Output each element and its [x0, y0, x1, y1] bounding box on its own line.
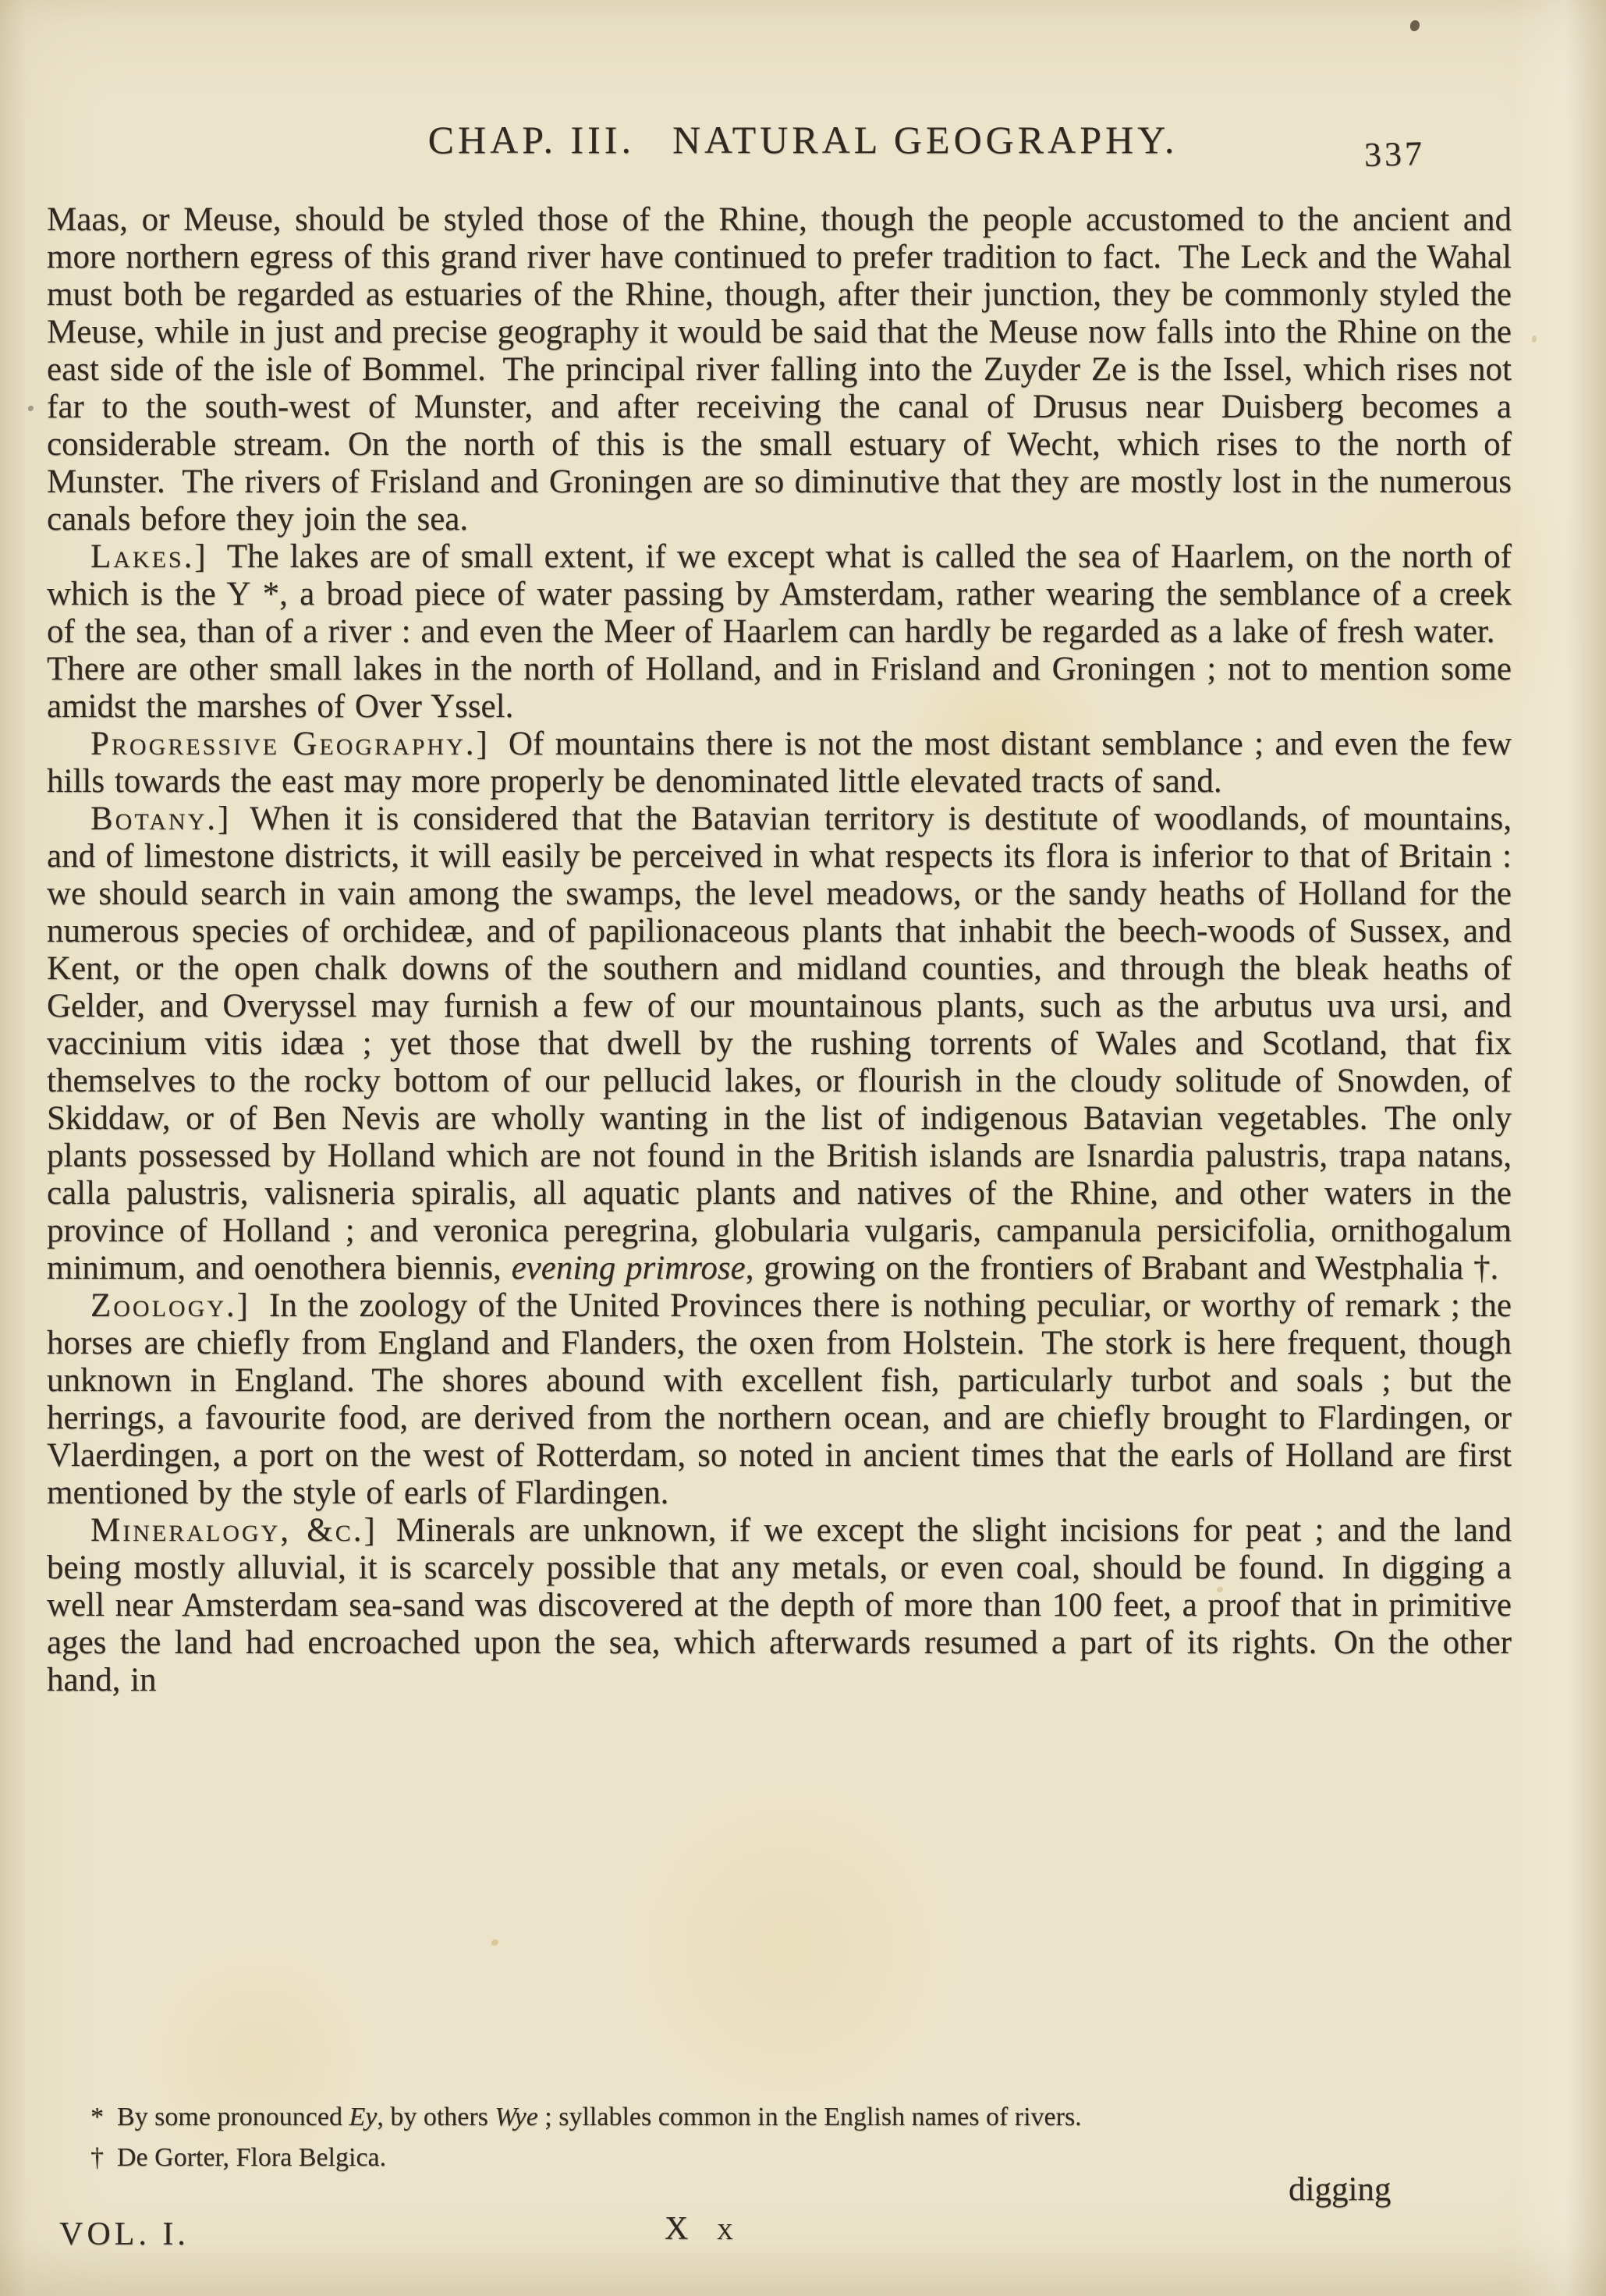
- paragraph-mineralogy: Mineralogy, &c.]Minerals are unknown, if…: [47, 1512, 1512, 1699]
- book-page: CHAP. III.NATURAL GEOGRAPHY. 337 Maas, o…: [0, 0, 1606, 2296]
- chapter-number: CHAP. III.: [428, 118, 635, 161]
- catchword: digging: [1289, 2170, 1391, 2209]
- footnote-asterisk-prefix: * By some pronounced: [90, 2103, 349, 2131]
- paper-fleck: [28, 406, 34, 411]
- volume-label: VOL. I.: [59, 2216, 190, 2253]
- paragraph-zoology: Zoology.]In the zoology of the United Pr…: [47, 1287, 1512, 1512]
- footnote-italic-wye: Wye: [495, 2103, 537, 2131]
- chapter-title: NATURAL GEOGRAPHY.: [672, 118, 1178, 161]
- page-number: 337: [1363, 133, 1425, 175]
- paper-fleck: [491, 1939, 498, 1946]
- section-label-zoology: Zoology.]: [90, 1287, 250, 1324]
- footnote-asterisk: * By some pronounced Ey, by others Wye ;…: [90, 2097, 1510, 2138]
- paper-fleck: [1410, 20, 1420, 31]
- paragraph-zoology-text: In the zoology of the United Provinces t…: [47, 1287, 1512, 1511]
- signature-mark: X x: [665, 2210, 735, 2248]
- footnotes: * By some pronounced Ey, by others Wye ;…: [90, 2097, 1510, 2178]
- section-label-botany: Botany.]: [90, 800, 231, 837]
- paragraph-progressive-geography: Progressive Geography.]Of mountains ther…: [47, 726, 1512, 800]
- paragraph-lakes: Lakes.]The lakes are of small extent, if…: [47, 538, 1512, 726]
- paper-fleck: [1532, 335, 1537, 342]
- section-label-lakes: Lakes.]: [90, 538, 208, 575]
- section-label-mineralogy: Mineralogy, &c.]: [90, 1512, 378, 1549]
- footnote-asterisk-middle: , by others: [377, 2103, 495, 2131]
- paragraph-lakes-text: The lakes are of small extent, if we exc…: [47, 538, 1512, 725]
- paragraph-rivers: Maas, or Meuse, should be styled those o…: [47, 201, 1512, 538]
- body-text: Maas, or Meuse, should be styled those o…: [47, 201, 1512, 1699]
- paragraph-botany: Botany.]When it is considered that the B…: [47, 800, 1512, 1287]
- footnote-asterisk-suffix: ; syllables common in the English names …: [538, 2103, 1082, 2131]
- paragraph-botany-text: When it is considered that the Batavian …: [47, 800, 1512, 1286]
- paragraph-rivers-text: Maas, or Meuse, should be styled those o…: [47, 201, 1512, 538]
- paragraph-botany-text-end: , growing on the frontiers of Brabant an…: [746, 1250, 1499, 1286]
- section-label-progressive-geography: Progressive Geography.]: [90, 726, 490, 762]
- footnote-italic-ey: Ey: [349, 2103, 377, 2131]
- botany-italic-phrase: evening primrose: [512, 1250, 746, 1286]
